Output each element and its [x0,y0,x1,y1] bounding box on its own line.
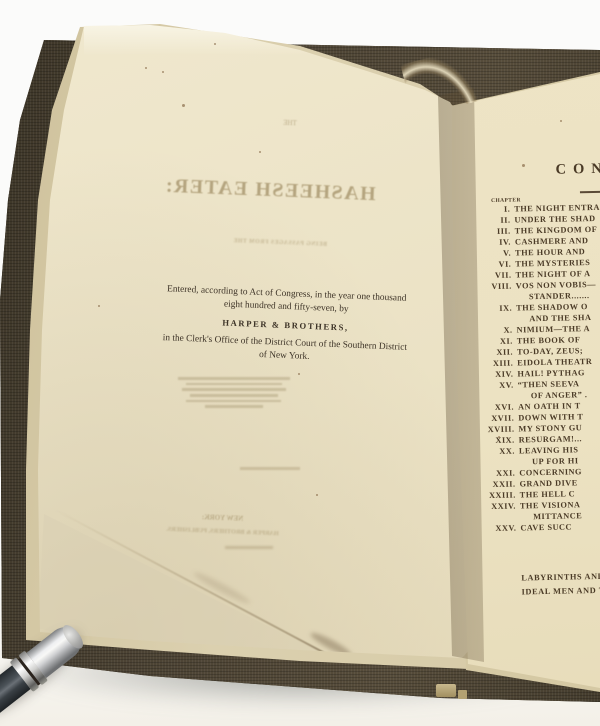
toc-entry-number: XVIII. [458,424,518,434]
bleedthrough-text-line [186,400,281,403]
bleedthrough-text-line [186,383,282,386]
toc-entry-title: THE KINGDOM OF [515,225,598,236]
toc-entry-number: XXIII. [460,490,520,500]
toc-entry-number: XX. [459,446,519,456]
toc-entry-title: THE HELL C [520,489,575,499]
toc-entry-title: UNDER THE SHAD [514,214,595,225]
toc-entry-number: XIX. [459,435,519,445]
toc-entry-title: THE NIGHT ENTRA [514,203,600,214]
cover-wear-notch [436,684,456,697]
bleedthrough-text-line [178,377,290,380]
toc-entry: XXV.CAVE SUCC [460,521,600,535]
toc-entry-title: THE BOOK OF [517,335,581,345]
toc-entry-number: XXIV. [460,501,520,511]
foxing-spot [298,373,300,375]
toc-entry-title: CONCERNING [519,467,582,477]
foxing-spot [98,305,100,307]
bleedthrough-text-line [190,394,278,397]
toc-entry-number: XIV. [457,369,517,379]
toc-entry-title: MY STONY GU [518,423,582,433]
toc-entry-title: VOS NON VOBIS— [516,280,596,291]
toc-entry-title: THE MYSTERIES [515,258,590,268]
toc-entry-title: THE NIGHT OF A [515,269,590,279]
toc-entry-title: STANDER....... [529,291,590,301]
heading-rule [580,190,600,192]
toc-entry-title: CASHMERE AND [515,236,589,246]
toc-entry-number: XIII. [457,358,517,368]
foxing-spot [498,436,500,438]
foxing-spot [214,43,216,45]
toc-entry-title: AN OATH IN T [518,401,581,411]
bleedthrough-text-line [240,467,300,470]
toc-entry-number: XXI. [459,468,519,478]
toc-entry-title: UP FOR HI [532,456,579,466]
toc-entry-number: XII. [457,347,517,357]
toc-entry-number: XVII. [458,413,518,423]
toc-entry-number: XVI. [458,402,518,412]
toc-entry-number: I. [454,205,514,215]
toc-entry-title: CAVE SUCC [520,522,572,532]
chapter-column-label: CHAPTER [491,197,521,204]
toc-entry-title: THE VISIONA [520,500,581,510]
toc-appendix-line: IDEAL MEN AND T [521,583,600,598]
toc-entry-title: LEAVING HIS [519,445,579,455]
toc-appendix-line: LABYRINTHS AND [521,570,600,585]
toc-entry-title: HAIL! PYTHAG [517,368,585,378]
bleedthrough-epigraph [176,377,291,411]
toc-entry-number: VIII. [456,282,516,292]
bleedthrough-title: HASHEESH EATER: [125,173,416,208]
toc-entry-number: XI. [457,336,517,346]
toc-entry-title: THE HOUR AND [515,247,585,257]
bleedthrough-text-line [225,546,273,549]
toc-entry-title: OF ANGER” . [531,390,588,400]
toc-entry-title: DOWN WITH T [518,412,583,422]
toc-entry-number: IX. [456,303,516,313]
foxing-spot [162,71,164,73]
toc-entry-title: THE SHADOW O [516,302,588,312]
toc-entries: I.THE NIGHT ENTRAII.UNDER THE SHADIII.TH… [454,202,600,535]
toc-entry-number: XXII. [459,479,519,489]
foxing-spot [259,151,261,153]
bleedthrough-subtitle: BEING PASSAGES FROM THE [205,237,355,249]
toc-entry-number [458,398,518,399]
toc-entry-title: EIDOLA THEATR [517,357,592,367]
toc-entry-title: RESURGAM!... [519,434,583,444]
toc-entry-number: III. [455,227,515,237]
bleedthrough-imprint-publisher: HARPER & BROTHERS, PUBLISHERS. [140,525,305,539]
contents-heading: CONTENTS [555,159,600,179]
bleedthrough-the: THE [220,116,360,130]
toc-entry-title: NIMIUM—THE A [517,324,591,334]
toc-entry-number: VI. [455,260,515,270]
bleedthrough-text-line [182,388,286,391]
foxing-spot [560,120,562,122]
toc-entry-number: XXV. [460,523,520,533]
foxing-spot [316,494,318,496]
toc-entry-title: TO-DAY, ZEUS; [517,346,583,356]
toc-entry-number [456,299,516,300]
foxing-spot [182,104,185,107]
toc-entry-number: XV. [458,380,518,390]
copyright-notice: Entered, according to Act of Congress, i… [132,282,440,369]
toc-appendix: LABYRINTHS ANDIDEAL MEN AND T [521,570,600,599]
toc-entry-title: GRAND DIVE [519,478,577,488]
foxing-spot [145,67,147,69]
toc-entry-number [456,321,516,322]
foxing-spot [522,164,525,167]
toc-entry-number: V. [455,249,515,259]
cover-wear-notch [458,690,467,699]
foxing-spot [346,37,348,39]
toc-entry-number: IV. [455,238,515,248]
toc-entry-title: AND THE SHA [529,313,591,323]
bleedthrough-text-line [205,405,263,408]
toc-entry-number [459,464,519,465]
bleedthrough-imprint-city: NEW YORK: [150,511,295,525]
table-of-contents: CONTENTS CHAPTER I.THE NIGHT ENTRAII.UND… [453,156,600,649]
toc-entry-title: MITTANCE [533,511,582,521]
toc-entry-number: VII. [455,271,515,281]
photo-open-antique-book: THE HASHEESH EATER: BEING PASSAGES FROM … [0,0,600,726]
toc-entry-number: X. [457,325,517,335]
toc-entry-number: II. [454,216,514,226]
toc-entry-number [460,519,520,520]
toc-entry-title: “THEN SEEVA [518,379,580,389]
